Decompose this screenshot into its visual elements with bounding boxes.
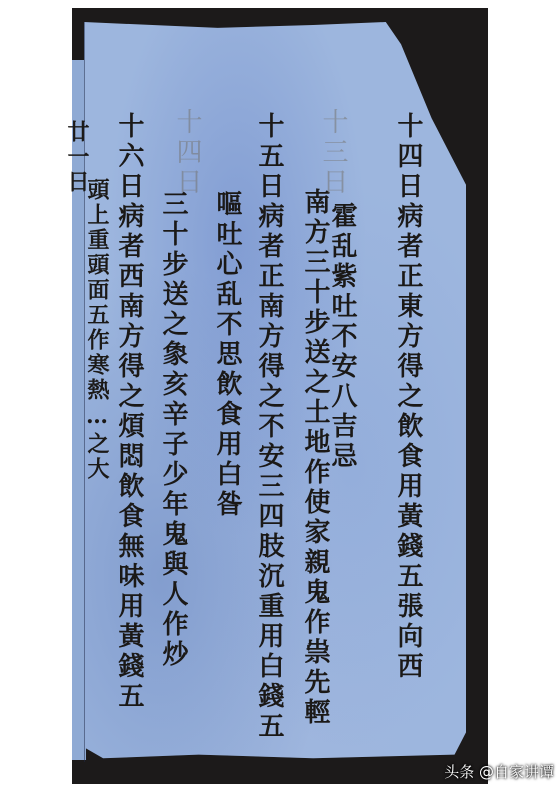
column-1: 十四日病者正東方得之飲食用黃錢五張向西 <box>393 112 423 682</box>
column-10: 頭上重頭面五作寒熱…之大 <box>82 178 112 482</box>
column-8: 三十步送之𧰼亥辛子少年鬼與人作炒 <box>158 190 188 670</box>
column-faint-1: 十三日 <box>318 108 348 198</box>
column-faint-2: 十四日 <box>172 108 202 198</box>
watermark: 头条 @自家讲谭 <box>444 761 554 782</box>
column-3: 南方三十步送之土地作使家親鬼作祟先輕 <box>300 188 330 728</box>
column-9: 十六日病者西南方得之煩悶飲食無味用黃錢五 <box>114 112 144 712</box>
column-5: 十五日病者正南方得之不安三四肢沉重用白錢五 <box>254 112 284 742</box>
column-2: 霍乱紫吐不安八吉忌 <box>327 202 357 472</box>
column-6: 嘔吐心乱不思飲食用白昝 <box>212 190 242 520</box>
column-11-edge: 廿一日 <box>62 120 92 195</box>
